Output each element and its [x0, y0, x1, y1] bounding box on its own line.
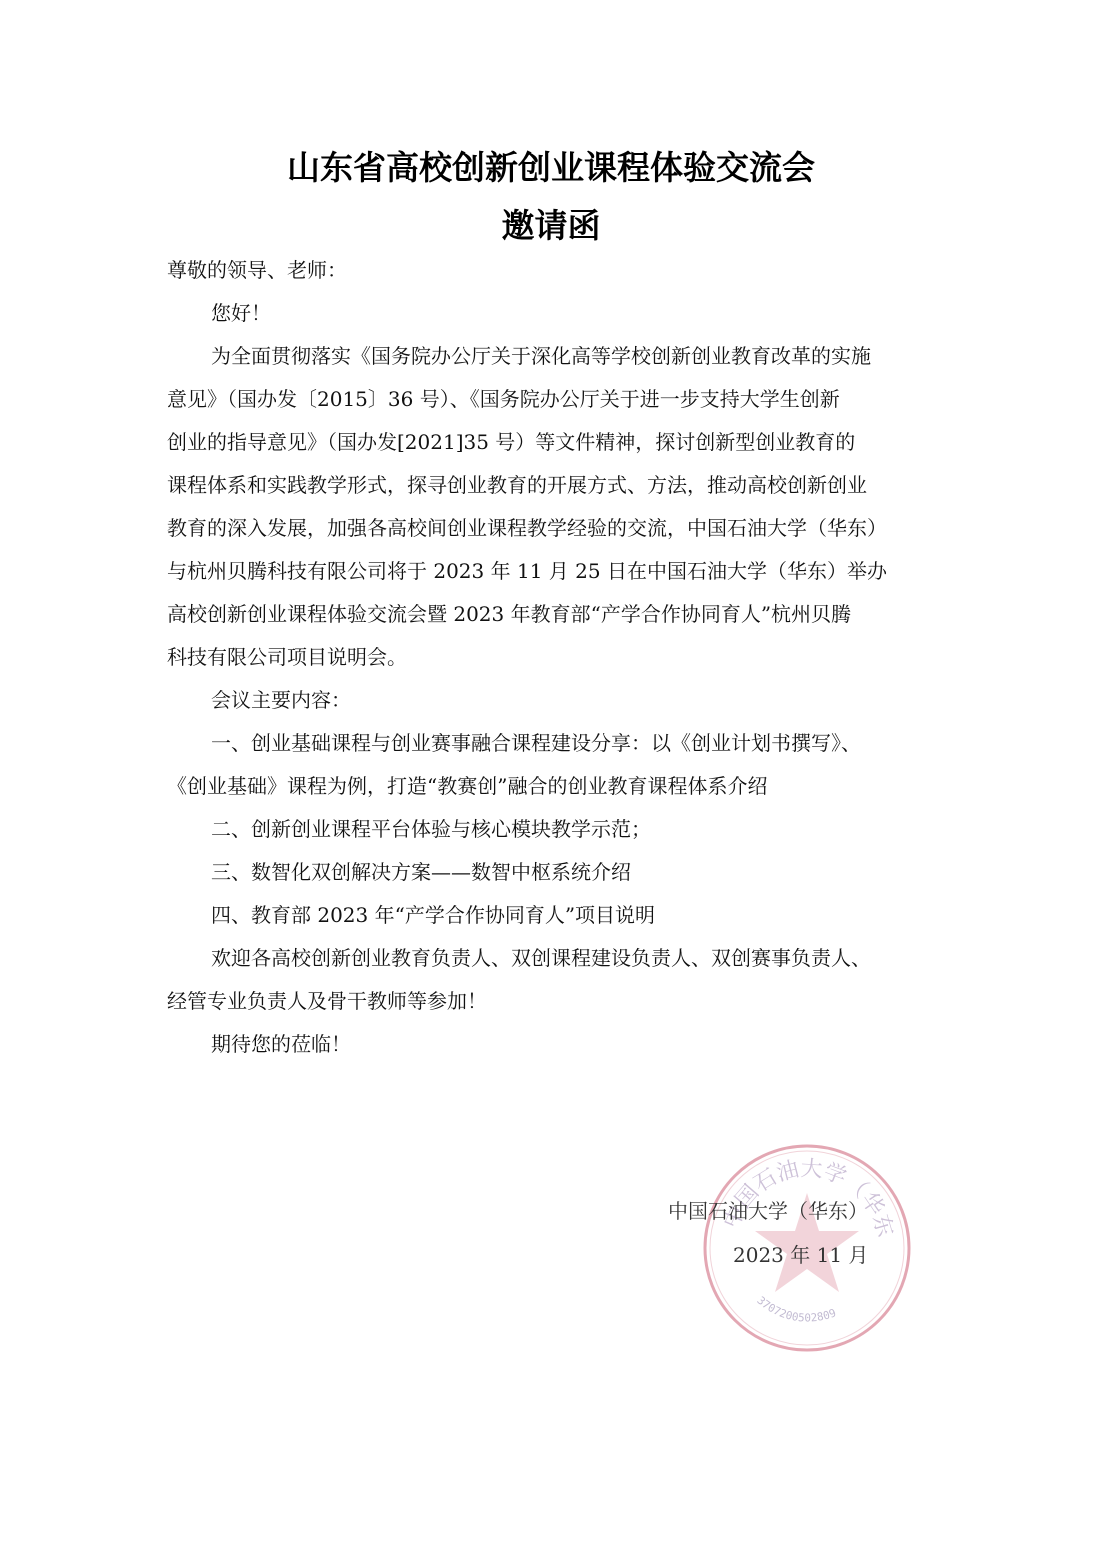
- signature-date: 2023 年 11 月: [733, 1239, 868, 1268]
- paragraph-line: 高校创新创业课程体验交流会暨 2023 年教育部“产学合作协同育人”杭州贝腾: [167, 593, 937, 636]
- document-title: 山东省高校创新创业课程体验交流会: [0, 142, 1102, 189]
- agenda-list: 一、创业基础课程与创业赛事融合课程建设分享：以《创业计划书撰写》、 《创业基础》…: [167, 722, 937, 937]
- document-page: 山东省高校创新创业课程体验交流会 邀请函 尊敬的领导、老师： 您好！ 为全面贯彻…: [0, 0, 1102, 1559]
- agenda-item: 一、创业基础课程与创业赛事融合课程建设分享：以《创业计划书撰写》、: [167, 722, 937, 765]
- paragraph-line: 课程体系和实践教学形式，探寻创业教育的开展方式、方法，推动高校创新创业: [167, 464, 937, 507]
- agenda-item: 四、教育部 2023 年“产学合作协同育人”项目说明: [167, 894, 937, 937]
- paragraph-line: 创业的指导意见》（国办发[2021]35 号）等文件精神，探讨创新型创业教育的: [167, 421, 937, 464]
- paragraph-line: 教育的深入发展，加强各高校间创业课程教学经验的交流，中国石油大学（华东）: [167, 507, 937, 550]
- svg-text:3707200502809: 3707200502809: [754, 1294, 838, 1325]
- signature-block: 中国石油大学（华东） 3707200502809 中国石油大学（华东） 2023…: [660, 1138, 920, 1373]
- agenda-item-continued: 《创业基础》课程为例，打造“教赛创”融合的创业教育课程体系介绍: [167, 765, 937, 808]
- paragraph-line: 与杭州贝腾科技有限公司将于 2023 年 11 月 25 日在中国石油大学（华东…: [167, 550, 937, 593]
- signature-organization: 中国石油大学（华东）: [668, 1195, 868, 1224]
- greeting: 您好！: [167, 292, 937, 335]
- paragraph-line: 为全面贯彻落实《国务院办公厅关于深化高等学校创新创业教育改革的实施: [167, 335, 937, 378]
- paragraph-intro: 为全面贯彻落实《国务院办公厅关于深化高等学校创新创业教育改革的实施 意见》（国办…: [167, 335, 937, 679]
- paragraph-line: 科技有限公司项目说明会。: [167, 636, 937, 679]
- document-body: 尊敬的领导、老师： 您好！ 为全面贯彻落实《国务院办公厅关于深化高等学校创新创业…: [167, 249, 937, 1066]
- salutation: 尊敬的领导、老师：: [167, 249, 937, 292]
- welcome-line: 欢迎各高校创新创业教育负责人、双创课程建设负责人、双创赛事负责人、: [167, 937, 937, 980]
- agenda-item: 二、创新创业课程平台体验与核心模块教学示范；: [167, 808, 937, 851]
- welcome-line: 经管专业负责人及骨干教师等参加！: [167, 980, 937, 1023]
- agenda-item: 三、数智化双创解决方案——数智中枢系统介绍: [167, 851, 937, 894]
- paragraph-line: 意见》（国办发〔2015〕36 号）、《国务院办公厅关于进一步支持大学生创新: [167, 378, 937, 421]
- document-subtitle: 邀请函: [0, 200, 1102, 247]
- agenda-heading: 会议主要内容：: [167, 679, 937, 722]
- closing: 期待您的莅临！: [167, 1023, 937, 1066]
